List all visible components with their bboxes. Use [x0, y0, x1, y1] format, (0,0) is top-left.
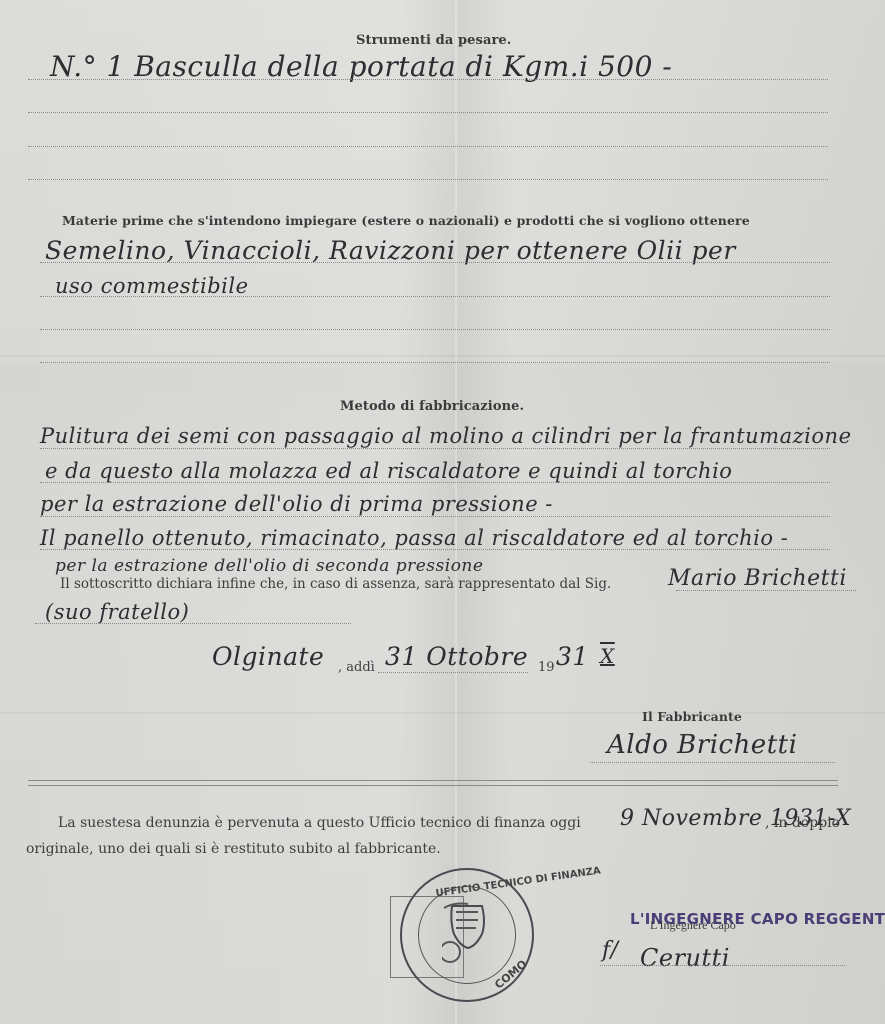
- year-prefix: 19: [538, 660, 555, 675]
- handwritten-day-month: 31 Ottobre: [385, 642, 528, 671]
- dotted-line: [28, 112, 828, 113]
- handwritten-raw-materials-line: uso commestibile: [55, 274, 249, 298]
- dotted-line: [40, 549, 830, 550]
- receipt-text-line2: originale, uno dei quali si è restituto …: [26, 841, 441, 857]
- section-heading-raw-materials: Materie prime che s'intendono impiegare …: [62, 213, 750, 228]
- handwritten-year: 31: [556, 642, 589, 671]
- dotted-line: [40, 262, 830, 263]
- handwritten-method-line: e da questo alla molazza ed al riscaldat…: [45, 459, 732, 483]
- divider-rule: [28, 785, 838, 786]
- handwritten-era: X: [600, 644, 615, 668]
- handwritten-method-line: per la estrazione dell'olio di seconda p…: [55, 556, 483, 576]
- engineer-signature-prefix: f/: [602, 938, 619, 963]
- divider-rule: [28, 780, 838, 781]
- addi-label: , addì: [338, 660, 375, 675]
- handwritten-representative-name: Mario Brichetti: [668, 566, 847, 591]
- handwritten-raw-materials-line: Semelino, Vinaccioli, Ravizzoni per otte…: [45, 236, 736, 265]
- coat-of-arms-icon: [442, 902, 494, 972]
- dotted-line: [28, 146, 828, 147]
- dotted-line: [590, 762, 835, 763]
- fold-crease: [0, 712, 885, 714]
- handwritten-method-line: per la estrazione dell'olio di prima pre…: [40, 492, 553, 516]
- manufacturer-signature: Aldo Brichetti: [607, 730, 797, 760]
- representative-statement: Il sottoscritto dichiara infine che, in …: [60, 576, 611, 592]
- fold-crease: [0, 355, 885, 357]
- dotted-line: [378, 672, 528, 673]
- handwritten-method-line: Pulitura dei semi con passaggio al molin…: [40, 424, 852, 448]
- dotted-line: [40, 296, 830, 297]
- engineer-printed-title: L'Ingegnere Capo: [650, 918, 736, 933]
- handwritten-representative-relation: (suo fratello): [45, 600, 189, 624]
- handwritten-place: Olginate: [212, 642, 324, 671]
- dotted-line: [40, 329, 830, 330]
- section-heading-manufacturing-method: Metodo di fabbricazione.: [340, 399, 524, 414]
- dotted-line: [600, 965, 845, 966]
- receipt-text: La suestesa denunzia è pervenuta a quest…: [58, 815, 581, 831]
- handwritten-method-line: Il panello ottenuto, rimacinato, passa a…: [40, 526, 788, 550]
- section-heading-weighing-instruments: Strumenti da pesare.: [356, 33, 511, 48]
- dotted-line: [40, 516, 830, 517]
- engineer-signature: Cerutti: [640, 944, 730, 972]
- dotted-line: [28, 79, 828, 80]
- dotted-line: [40, 448, 830, 449]
- dotted-line: [40, 362, 830, 363]
- receipt-text-after: , in doppio: [765, 815, 840, 831]
- dotted-line: [28, 179, 828, 180]
- dotted-line: [40, 482, 830, 483]
- dotted-line: [676, 590, 856, 591]
- dotted-line: [35, 623, 351, 624]
- manufacturer-label: Il Fabbricante: [642, 709, 742, 724]
